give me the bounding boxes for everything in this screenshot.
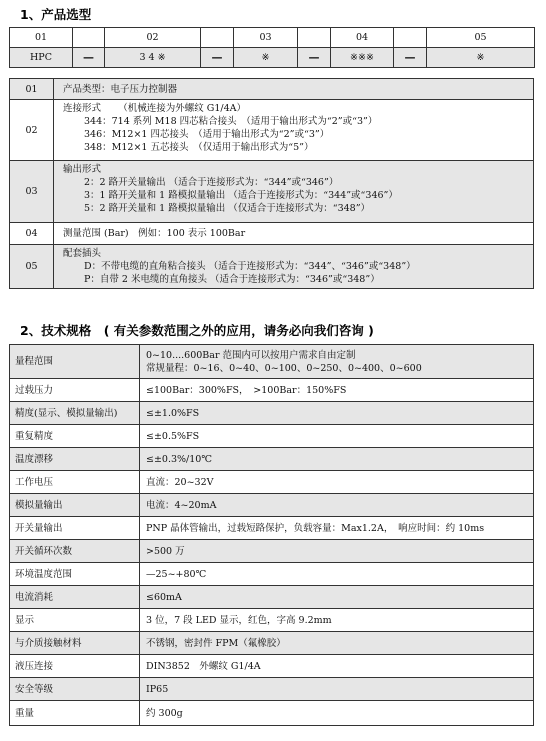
detail-code: 04 [10,223,54,245]
spec-value-line: 常规量程：0~16、0~40、0~100、0~250、0~400、0~600 [146,362,533,375]
spec-row: 液压连接 DIN3852 外螺纹 G1/4A [10,655,534,678]
detail-description: 产品类型：电子压力控制器 [54,79,534,100]
detail-line: P：自带 2 米电缆的直角接头 （适合于连接形式为：“346”或“348”） [63,273,533,286]
spec-value: PNP 晶体管输出，过载短路保护，负载容量：Max1.2A， 响应时间：约 10… [140,517,534,540]
spec-label: 环境温度范围 [10,563,140,586]
code-header-cell: 02 [105,28,201,48]
spec-label: 与介质接触材料 [10,632,140,655]
spec-row: 开关量输出 PNP 晶体管输出，过载短路保护，负载容量：Max1.2A， 响应时… [10,517,534,540]
code-header-cell [201,28,234,48]
spec-value: 0~10....600Bar 范围内可以按用户需求自由定制 常规量程：0~16、… [140,345,534,379]
spec-value: 电流：4~20mA [140,494,534,517]
detail-description: 配套插头 D：不带电缆的直角粘合接头 （适合于连接形式为：“344”、“346”… [54,245,534,289]
detail-row-05: 05 配套插头 D：不带电缆的直角粘合接头 （适合于连接形式为：“344”、“3… [10,245,534,289]
spec-value: 3 位，7 段 LED 显示，红色，字高 9.2mm [140,609,534,632]
spec-row: 温度漂移 ≤±0.3%/10℃ [10,448,534,471]
spec-value: ≤±0.3%/10℃ [140,448,534,471]
code-value-row: HPC — 3 4 ※ — ※ — ※※※ — ※ [10,48,535,68]
dash-separator: — [394,48,427,68]
detail-code: 02 [10,100,54,161]
detail-line: 5：2 路开关量和 1 路模拟量输出 （仅适合于连接形式为：“348”） [63,202,533,215]
spec-value: IP65 [140,678,534,701]
code-value-cell: ※ [234,48,298,68]
dash-separator: — [298,48,331,68]
detail-line: 产品类型：电子压力控制器 [63,83,533,96]
code-header-cell: 05 [427,28,535,48]
detail-line: 配套插头 [63,247,533,260]
detail-line: 测量范围 (Bar) 例如：100 表示 100Bar [63,227,533,240]
spec-value: >500 万 [140,540,534,563]
section-title-product-selection: 1、产品选型 [20,5,91,23]
spec-row: 与介质接触材料 不锈钢，密封件 FPM（氟橡胶） [10,632,534,655]
spec-label: 量程范围 [10,345,140,379]
spec-value: ≤±1.0%FS [140,402,534,425]
spec-label: 过载压力 [10,379,140,402]
code-header-cell: 01 [10,28,73,48]
detail-line: D：不带电缆的直角粘合接头 （适合于连接形式为：“344”、“346”或“348… [63,260,533,273]
spec-row: 过载压力 ≤100Bar：300%FS， >100Bar：150%FS [10,379,534,402]
spec-value-line: 0~10....600Bar 范围内可以按用户需求自由定制 [146,349,533,362]
spec-label: 开关量输出 [10,517,140,540]
spec-value: ≤100Bar：300%FS， >100Bar：150%FS [140,379,534,402]
spec-value: 不锈钢，密封件 FPM（氟橡胶） [140,632,534,655]
code-header-row: 01 02 03 04 05 [10,28,535,48]
detail-description: 输出形式 2：2 路开关量输出 （适合于连接形式为：“344”或“346”） 3… [54,161,534,223]
detail-description: 测量范围 (Bar) 例如：100 表示 100Bar [54,223,534,245]
code-value-cell: HPC [10,48,73,68]
detail-code: 03 [10,161,54,223]
spec-value: DIN3852 外螺纹 G1/4A [140,655,534,678]
detail-line: 344：714 系列 M18 四芯粘合接头 （适用于输出形式为“2”或“3”） [63,115,533,128]
spec-label: 安全等级 [10,678,140,701]
code-header-cell [298,28,331,48]
spec-row: 显示 3 位，7 段 LED 显示，红色，字高 9.2mm [10,609,534,632]
spec-value: 直流：20~32V [140,471,534,494]
detail-row-04: 04 测量范围 (Bar) 例如：100 表示 100Bar [10,223,534,245]
code-value-cell: ※ [427,48,535,68]
spec-row: 环境温度范围 —25~+80℃ [10,563,534,586]
spec-label: 电流消耗 [10,586,140,609]
detail-row-02: 02 连接形式 （机械连接为外螺纹 G1/4A） 344：714 系列 M18 … [10,100,534,161]
spec-row: 重量 约 300g [10,701,534,726]
detail-line: 2：2 路开关量输出 （适合于连接形式为：“344”或“346”） [63,176,533,189]
detail-code: 01 [10,79,54,100]
detail-line: 输出形式 [63,163,533,176]
dash-separator: — [201,48,234,68]
code-value-cell: ※※※ [331,48,394,68]
spec-label: 重复精度 [10,425,140,448]
code-header-cell: 03 [234,28,298,48]
spec-label: 温度漂移 [10,448,140,471]
model-code-table: 01 02 03 04 05 HPC — 3 4 ※ — ※ — ※※※ — ※ [9,27,535,68]
spec-row: 电流消耗 ≤60mA [10,586,534,609]
spec-label: 模拟量输出 [10,494,140,517]
spec-value: —25~+80℃ [140,563,534,586]
dash-separator: — [73,48,105,68]
detail-line: 346：M12×1 四芯接头 （适用于输出形式为“2”或“3”） [63,128,533,141]
spec-value: ≤60mA [140,586,534,609]
spec-row: 精度(显示、模拟量输出) ≤±1.0%FS [10,402,534,425]
spec-label: 显示 [10,609,140,632]
spec-value: 约 300g [140,701,534,726]
spec-row: 重复精度 ≤±0.5%FS [10,425,534,448]
section-title-technical-specs: 2、技术规格 ( 有关参数范围之外的应用，请务必向我们咨询 ) [20,321,374,339]
spec-label: 工作电压 [10,471,140,494]
detail-line: 3：1 路开关量和 1 路模拟量输出 （适合于连接形式为：“344”或“346”… [63,189,533,202]
spec-row: 安全等级 IP65 [10,678,534,701]
spec-row: 模拟量输出 电流：4~20mA [10,494,534,517]
detail-code: 05 [10,245,54,289]
detail-line: 348：M12×1 五芯接头 （仅适用于输出形式为“5”） [63,141,533,154]
spec-row: 开关循环次数 >500 万 [10,540,534,563]
detail-row-03: 03 输出形式 2：2 路开关量输出 （适合于连接形式为：“344”或“346”… [10,161,534,223]
spec-label: 开关循环次数 [10,540,140,563]
spec-value: ≤±0.5%FS [140,425,534,448]
detail-line: 连接形式 （机械连接为外螺纹 G1/4A） [63,102,533,115]
code-header-cell [73,28,105,48]
spec-label: 精度(显示、模拟量输出) [10,402,140,425]
spec-table: 量程范围 0~10....600Bar 范围内可以按用户需求自由定制 常规量程：… [9,344,534,726]
spec-row: 量程范围 0~10....600Bar 范围内可以按用户需求自由定制 常规量程：… [10,345,534,379]
code-header-cell [394,28,427,48]
code-header-cell: 04 [331,28,394,48]
code-value-cell: 3 4 ※ [105,48,201,68]
spec-row: 工作电压 直流：20~32V [10,471,534,494]
detail-row-01: 01 产品类型：电子压力控制器 [10,79,534,100]
code-detail-table: 01 产品类型：电子压力控制器 02 连接形式 （机械连接为外螺纹 G1/4A）… [9,78,534,289]
spec-label: 重量 [10,701,140,726]
detail-description: 连接形式 （机械连接为外螺纹 G1/4A） 344：714 系列 M18 四芯粘… [54,100,534,161]
spec-label: 液压连接 [10,655,140,678]
